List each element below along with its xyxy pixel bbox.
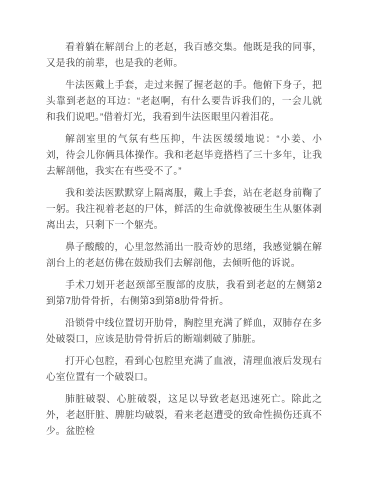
reader-page: 看着躺在解剖台上的老赵，我百感交集。他既是我的同事，又是我的前辈，也是我的老师。… — [0, 0, 370, 480]
paragraph: 肺脏破裂、心脏破裂，这足以导致老赵迅速死亡。除此之外，老赵肝脏、脾脏均破裂，看来… — [46, 392, 322, 440]
paragraph: 鼻子酸酸的，心里忽然涌出一股奇妙的思绪，我感觉躺在解剖台上的老赵仿佛在鼓励我们去… — [46, 240, 322, 272]
paragraph: 我和姜法医默默穿上隔离服，戴上手套，站在老赵身前鞠了一躬。我注视着老赵的尸体，鲜… — [46, 186, 322, 234]
paragraph: 沿锁骨中线位置切开肋骨，胸腔里充满了鲜血，双肺存在多处破裂口，应该是肋骨骨折后的… — [46, 316, 322, 348]
paragraph: 解剖室里的气氛有些压抑，牛法医缓缓地说：“小姜、小刘，待会儿你俩具体操作。我和老… — [46, 132, 322, 180]
paragraph: 手术刀划开老赵颈部至腹部的皮肤，我看到老赵的左侧第2到第7肋骨骨折，右侧第3到第… — [46, 278, 322, 310]
paragraph: 牛法医戴上手套，走过来握了握老赵的手。他俯下身子，把头靠到老赵的耳边：“老赵啊，… — [46, 78, 322, 126]
paragraph: 打开心包腔，看到心包腔里充满了血液，清理血液后发现右心室位置有一个破裂口。 — [46, 354, 322, 386]
paragraph: 看着躺在解剖台上的老赵，我百感交集。他既是我的同事，又是我的前辈，也是我的老师。 — [46, 40, 322, 72]
text-content: 看着躺在解剖台上的老赵，我百感交集。他既是我的同事，又是我的前辈，也是我的老师。… — [46, 40, 322, 446]
